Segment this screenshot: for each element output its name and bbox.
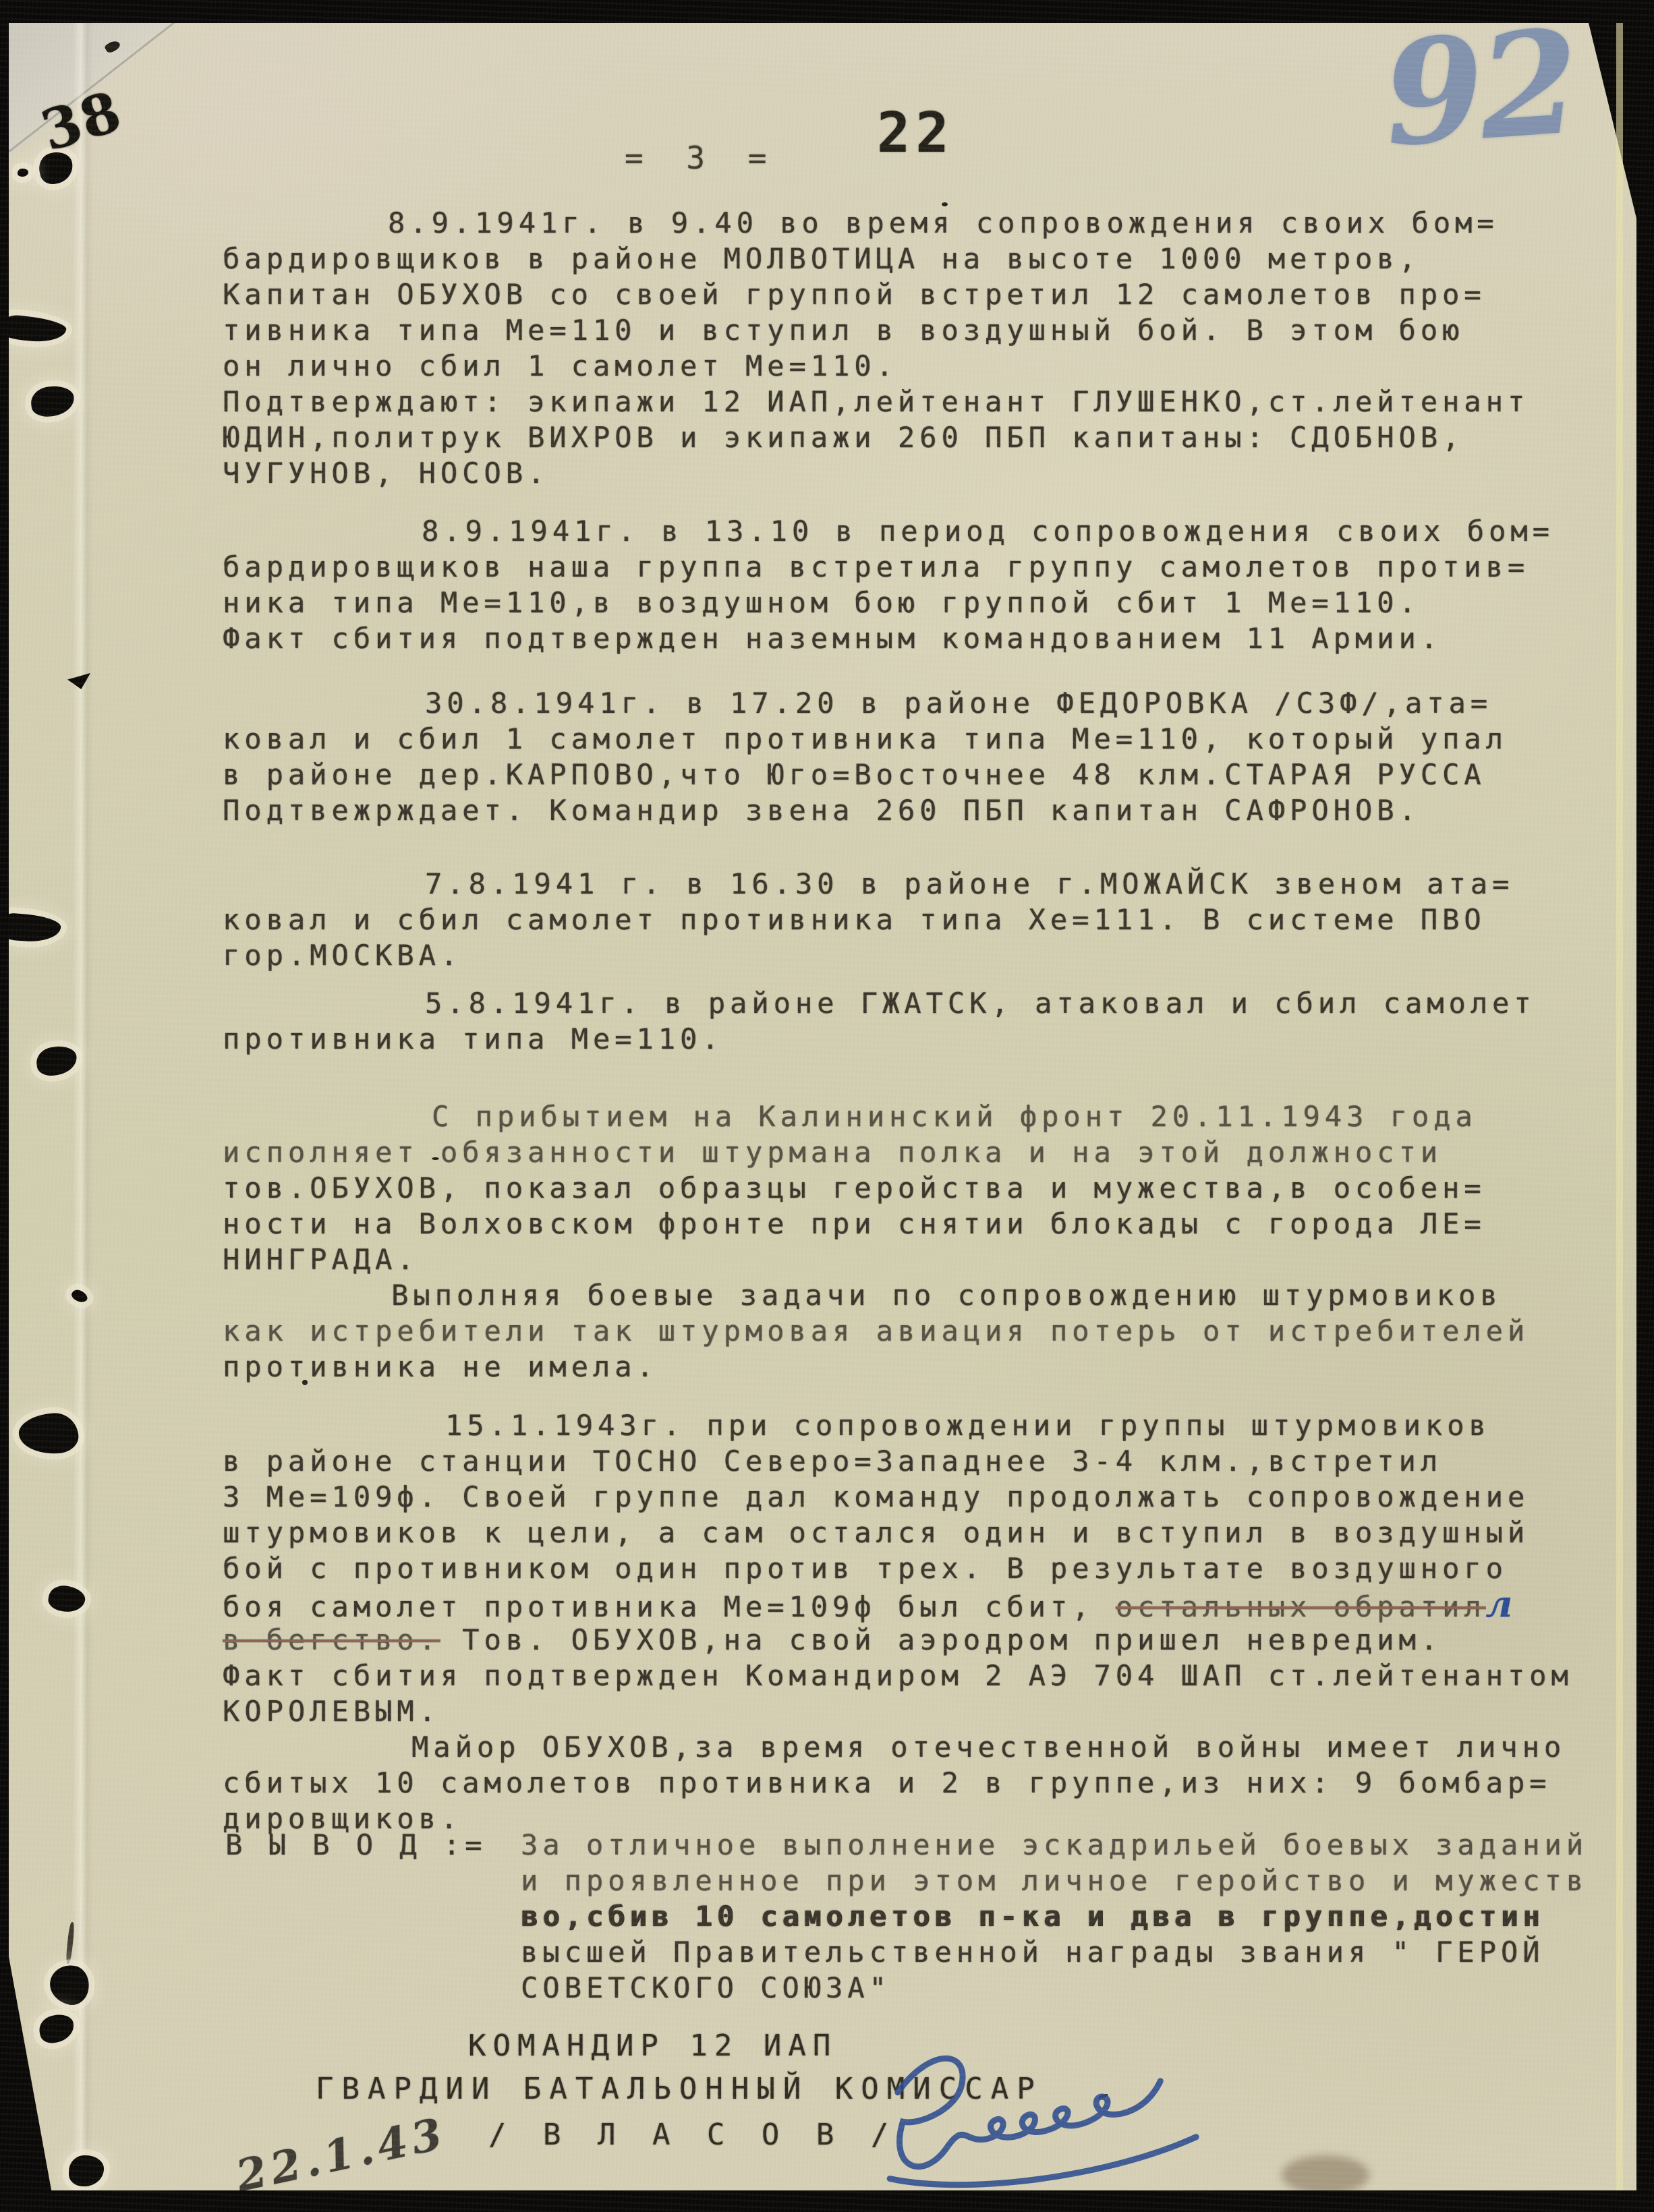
typed-line: он лично сбил 1 самолет Ме=110. bbox=[223, 348, 1529, 384]
paragraph-combat-30-8-1941: 30.8.1941г. в 17.20 в районе ФЕДОРОВКА /… bbox=[223, 685, 1508, 828]
punch-hole bbox=[18, 169, 28, 177]
typed-line: Выполняя боевые задачи по сопровождению … bbox=[223, 1277, 1529, 1313]
struck-out-text: в бегство. bbox=[223, 1623, 440, 1656]
typed-line: Факт сбития подтвержден наземным командо… bbox=[223, 620, 1554, 656]
typed-line: С прибытием на Калининский фронт 20.11.1… bbox=[223, 1099, 1486, 1134]
typed-line: НИНГРАДА. bbox=[223, 1242, 1486, 1277]
ink-signature-autograph bbox=[829, 2011, 1235, 2212]
typed-line: 7.8.1941 г. в 16.30 в районе г.МОЖАЙСК з… bbox=[223, 866, 1514, 902]
typed-line: исполняет обязанности штурмана полка и н… bbox=[223, 1134, 1486, 1170]
typed-line: ковал и сбил 1 самолет противника типа М… bbox=[223, 721, 1508, 757]
paragraph-total-victories: Майор ОБУХОВ,за время отечественной войн… bbox=[223, 1729, 1566, 1836]
typed-line: 30.8.1941г. в 17.20 в районе ФЕДОРОВКА /… bbox=[223, 685, 1508, 721]
typed-line: 5.8.1941г. в районе ГЖАТСК, атаковал и с… bbox=[223, 985, 1536, 1021]
scan-edge-right bbox=[1636, 0, 1654, 2212]
typed-line: Факт сбития подтвержден Командиром 2 АЭ … bbox=[223, 1658, 1573, 1693]
typed-line: в районе станции ТОСНО Северо=Западнее 3… bbox=[223, 1443, 1573, 1479]
typed-line-with-correction: боя самолет противника Ме=109ф был сбит,… bbox=[223, 1586, 1573, 1622]
paper-edge-highlight bbox=[1616, 23, 1623, 2190]
typed-line: и проявленное при этом личное геройство … bbox=[521, 1863, 1588, 1898]
paragraph-combat-5-8-1941: 5.8.1941г. в районе ГЖАТСК, атаковал и с… bbox=[223, 985, 1536, 1057]
typed-line: ковал и сбил самолет противника типа Хе=… bbox=[223, 902, 1514, 937]
paragraph-combat-15-1-1943: 15.1.1943г. при сопровождении группы шту… bbox=[223, 1407, 1573, 1729]
typed-line: противника типа Ме=110. bbox=[223, 1021, 1536, 1057]
paragraph-escort-duty: Выполняя боевые задачи по сопровождению … bbox=[223, 1277, 1529, 1385]
blue-ink-correction-mark: л bbox=[1486, 1582, 1513, 1625]
typed-line: Капитан ОБУХОВ со своей группой встретил… bbox=[223, 276, 1529, 312]
struck-out-text: остальных обратил bbox=[1116, 1590, 1486, 1623]
typed-page-marker: = 3 = bbox=[625, 140, 778, 176]
typed-line: штурмовиков к цели, а сам остался один и… bbox=[223, 1515, 1573, 1550]
scan-edge-left bbox=[0, 23, 9, 2212]
typed-line: Подтвежрждает. Командир звена 260 ПБП ка… bbox=[223, 792, 1508, 828]
typed-line: в районе дер.КАРПОВО,что Юго=Восточнее 4… bbox=[223, 757, 1508, 792]
stain-smudge bbox=[1282, 2155, 1369, 2194]
conclusion-block: За отличное выполнение эскадрильей боевы… bbox=[521, 1827, 1588, 2006]
conclusion-label: В Ы В О Д := bbox=[225, 1827, 486, 1863]
typed-line: КОРОЛЕВЫМ. bbox=[223, 1693, 1573, 1729]
signer-title-line: КОМАНДИР 12 ИАП bbox=[468, 2029, 837, 2063]
scanned-document-page: 38 = 3 = 22 92 8.9.1941г. в 9.40 во врем… bbox=[0, 0, 1654, 2212]
torn-hole bbox=[0, 912, 61, 943]
typed-line: ника типа Ме=110,в воздушном бою группой… bbox=[223, 585, 1554, 620]
torn-hole bbox=[0, 314, 67, 345]
typed-line: как истребители так штурмовая авиация по… bbox=[223, 1313, 1529, 1349]
sheet-number: 22 bbox=[877, 101, 954, 165]
typed-line: ЧУГУНОВ, НОСОВ. bbox=[223, 455, 1529, 491]
typed-line: 8.9.1941г. в 9.40 во время сопровождения… bbox=[223, 205, 1529, 241]
scan-edge-bottom bbox=[0, 2190, 1654, 2212]
typed-line: 15.1.1943г. при сопровождении группы шту… bbox=[223, 1407, 1573, 1443]
typed-line-overtyped: во,сбив 10 самолетов п-ка и два в группе… bbox=[521, 1898, 1588, 1934]
paragraph-kalinin-front: С прибытием на Калининский фронт 20.11.1… bbox=[223, 1099, 1486, 1277]
paragraph-combat-8-9-1941-morning: 8.9.1941г. в 9.40 во время сопровождения… bbox=[223, 205, 1529, 491]
typed-line: 8.9.1941г. в 13.10 в период сопровождени… bbox=[223, 513, 1554, 549]
typed-line: Подтверждают: экипажи 12 ИАП,лейтенант Г… bbox=[223, 384, 1529, 419]
paragraph-combat-8-9-1941-afternoon: 8.9.1941г. в 13.10 в период сопровождени… bbox=[223, 513, 1554, 656]
typed-line: 3 Ме=109ф. Своей группе дал команду прод… bbox=[223, 1479, 1573, 1515]
typed-line: За отличное выполнение эскадрильей боевы… bbox=[521, 1827, 1588, 1863]
typed-text: Тов. ОБУХОВ,на свой аэродром пришел невр… bbox=[440, 1623, 1442, 1656]
torn-hole bbox=[18, 1411, 80, 1456]
typed-line: ности на Волховском фронте при снятии бл… bbox=[223, 1206, 1486, 1242]
typed-line: гор.МОСКВА. bbox=[223, 937, 1514, 973]
typed-line: сбитых 10 самолетов противника и 2 в гру… bbox=[223, 1765, 1566, 1801]
vertical-binding-crease bbox=[73, 23, 93, 2188]
typed-line: высшей Правительственной награды звания … bbox=[521, 1934, 1588, 1970]
typed-line: бой с противником один против трех. В ре… bbox=[223, 1550, 1573, 1586]
typed-line: бардировщиков в районе МОЛВОТИЦА на высо… bbox=[223, 241, 1529, 276]
torn-hole bbox=[36, 2011, 77, 2045]
typed-text: боя самолет противника Ме=109ф был сбит, bbox=[223, 1590, 1116, 1623]
typed-line: противника не имела. bbox=[223, 1349, 1529, 1385]
punch-hole bbox=[69, 2155, 104, 2186]
typed-line: СОВЕТСКОГО СОЮЗА" bbox=[521, 1970, 1588, 2006]
handwritten-date: 22.1.43 bbox=[232, 2108, 451, 2202]
typed-line: ЮДИН,политрук ВИХРОВ и экипажи 260 ПБП к… bbox=[223, 419, 1529, 455]
punch-hole bbox=[34, 1044, 78, 1078]
torn-corner-bottom-left bbox=[0, 1909, 55, 2212]
typed-line: бардировщиков наша группа встретила груп… bbox=[223, 549, 1554, 585]
paragraph-combat-7-8-1941: 7.8.1941 г. в 16.30 в районе г.МОЖАЙСК з… bbox=[223, 866, 1514, 973]
typed-line: Майор ОБУХОВ,за время отечественной войн… bbox=[223, 1729, 1566, 1765]
blue-pencil-page-number: 92 bbox=[1379, 0, 1581, 179]
typed-line: тивника типа Ме=110 и вступил в воздушны… bbox=[223, 312, 1529, 348]
typed-line-with-correction: в бегство. Тов. ОБУХОВ,на свой аэродром … bbox=[223, 1622, 1573, 1658]
punch-hole bbox=[30, 384, 76, 418]
typed-line: тов.ОБУХОВ, показал образцы геройства и … bbox=[223, 1170, 1486, 1206]
scan-edge-top bbox=[0, 0, 1654, 23]
